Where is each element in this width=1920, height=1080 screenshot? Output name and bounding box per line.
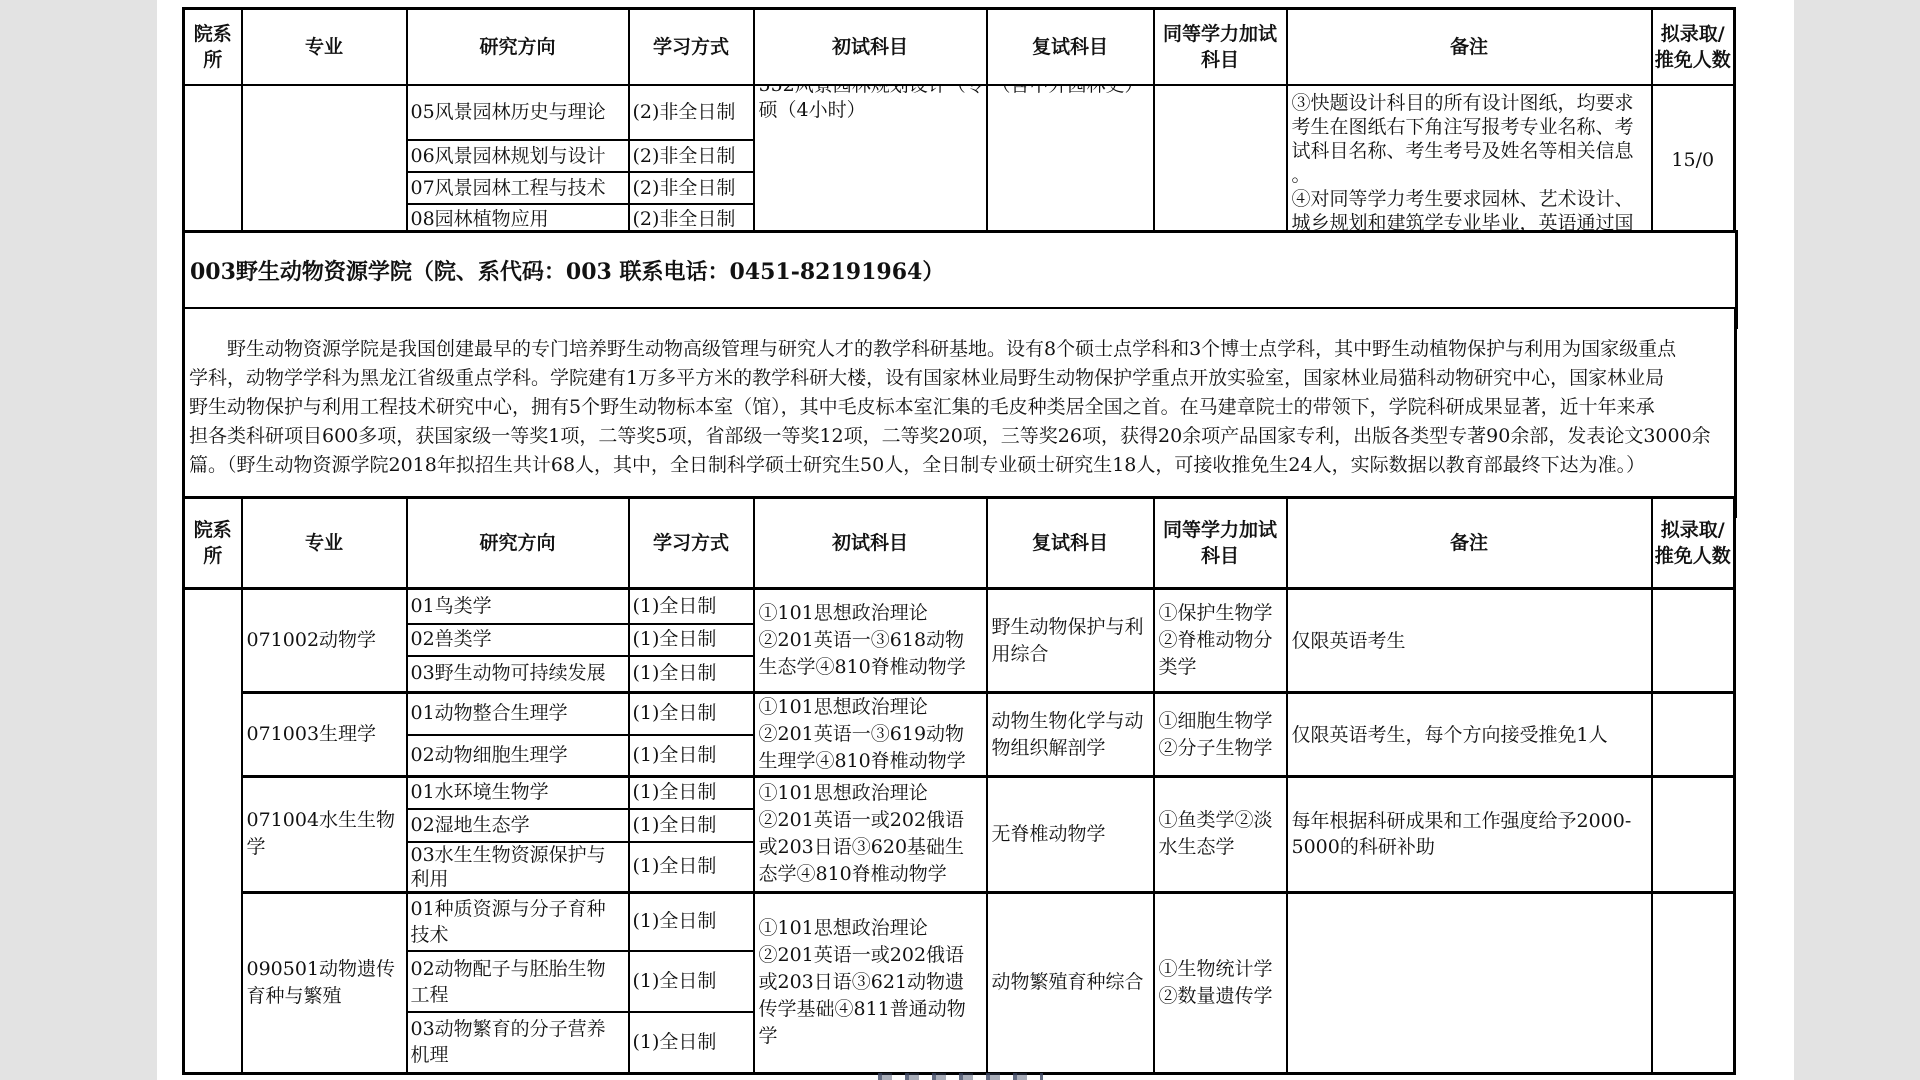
study-mode: (2)非全日制 [629, 172, 754, 204]
retest-subjects: 无脊椎动物学 [987, 777, 1154, 893]
clipped-text-line: （含中外园林史） [992, 85, 1149, 98]
research-direction: 07风景园林工程与技术 [407, 172, 629, 204]
intro-line: 野生动物资源学院是我国创建最早的专门培养野生动物高级管理与研究人才的教学科研基地… [189, 335, 1729, 364]
department-cell-empty [184, 85, 242, 237]
equivalency-subjects: ①生物统计学②数量遗传学 [1154, 892, 1287, 1073]
remark-line: ③快题设计科目的所有设计图纸，均要求 [1292, 91, 1647, 115]
research-direction: 02动物细胞生理学 [407, 735, 629, 777]
col-header-research-direction: 研究方向 [407, 9, 629, 85]
quota-cell-empty [1652, 589, 1735, 693]
research-direction: 05风景园林历史与理论 [407, 85, 629, 141]
major-name: 071004水生生物学 [242, 777, 407, 893]
quota-cell-empty [1652, 892, 1735, 1073]
research-direction: 03野生动物可持续发展 [407, 656, 629, 693]
research-direction: 01水环境生物学 [407, 777, 629, 809]
clipped-text-line: 硕（4小时） [759, 98, 982, 123]
col-header-equivalency-exam: 同等学力加试科目 [1154, 498, 1287, 589]
retest-clipped: （含中外园林史） [987, 85, 1154, 237]
quota-cell: 15/0 [1652, 85, 1735, 237]
study-mode: (1)全日制 [629, 589, 754, 624]
major-name: 090501动物遗传育种与繁殖 [242, 892, 407, 1073]
major-name: 071003生理学 [242, 693, 407, 777]
col-header-quota: 拟录取/推免人数 [1652, 498, 1735, 589]
admissions-table-landscape-architecture: 院系所 专业 研究方向 学习方式 初试科目 复试科目 同等学力加试科目 备注 拟… [182, 7, 1736, 238]
table-row: 090501动物遗传育种与繁殖 01种质资源与分子育种技术 (1)全日制 ①10… [184, 892, 1735, 951]
col-header-initial-exam: 初试科目 [754, 9, 987, 85]
study-mode: (1)全日制 [629, 777, 754, 809]
col-header-remarks: 备注 [1287, 498, 1652, 589]
department-cell-empty [184, 589, 242, 1074]
research-direction: 03水生生物资源保护与利用 [407, 842, 629, 893]
equivalency-subjects: ①鱼类学②淡水生态学 [1154, 777, 1287, 893]
study-mode: (2)非全日制 [629, 140, 754, 172]
document-page: 院系所 专业 研究方向 学习方式 初试科目 复试科目 同等学力加试科目 备注 拟… [157, 0, 1794, 1080]
clipped-footer-text [878, 1073, 1043, 1080]
retest-subjects: 野生动物保护与利用综合 [987, 589, 1154, 693]
clipped-text-line: 552风景园林规划设计（专 [759, 85, 982, 98]
remarks-cell: 仅限英语考生 [1287, 589, 1652, 693]
col-header-major: 专业 [242, 498, 407, 589]
table-row: 071003生理学 01动物整合生理学 (1)全日制 ①101思想政治理论②20… [184, 693, 1735, 735]
remark-line: 考生在图纸右下角注写报考专业名称、考 [1292, 115, 1647, 139]
intro-line: 野生动物保护与利用工程技术研究中心，拥有5个野生动物标本室（馆），其中毛皮标本室… [189, 393, 1729, 422]
remarks-cell-empty [1287, 892, 1652, 1073]
equivalency-subjects: ①保护生物学②脊椎动物分类学 [1154, 589, 1287, 693]
study-mode: (1)全日制 [629, 842, 754, 893]
research-direction: 02动物配子与胚胎生物工程 [407, 951, 629, 1012]
intro-line: 学科，动物学学科为黑龙江省级重点学科。学院建有1万多平方米的教学科研大楼，设有国… [189, 364, 1729, 393]
major-name: 071002动物学 [242, 589, 407, 693]
col-header-study-mode: 学习方式 [629, 498, 754, 589]
equivalency-cell-empty [1154, 85, 1287, 237]
study-mode: (2)非全日制 [629, 85, 754, 141]
initial-exam-subjects: ①101思想政治理论②201英语一或202俄语或203日语③620基础生态学④8… [754, 777, 987, 893]
study-mode: (1)全日制 [629, 693, 754, 735]
table2-header-row: 院系所 专业 研究方向 学习方式 初试科目 复试科目 同等学力加试科目 备注 拟… [184, 498, 1735, 589]
intro-line: 篇。（野生动物资源学院2018年拟招生共计68人，其中，全日制科学硕士研究生50… [189, 451, 1729, 480]
intro-line: 担各类科研项目600多项，获国家级一等奖1项，二等奖5项，省部级一等奖12项，二… [189, 422, 1729, 451]
remark-line: 。 [1292, 163, 1647, 187]
research-direction: 03动物繁育的分子营养机理 [407, 1012, 629, 1073]
col-header-department: 院系所 [184, 498, 242, 589]
remark-line: 试科目名称、考生考号及姓名等相关信息 [1292, 139, 1647, 163]
initial-exam-subjects: ①101思想政治理论②201英语一③618动物生态学④810脊椎动物学 [754, 589, 987, 693]
retest-subjects: 动物繁殖育种综合 [987, 892, 1154, 1073]
research-direction: 01动物整合生理学 [407, 693, 629, 735]
research-direction: 01种质资源与分子育种技术 [407, 892, 629, 951]
remarks-cell: ③快题设计科目的所有设计图纸，均要求 考生在图纸右下角注写报考专业名称、考 试科… [1287, 85, 1652, 237]
research-direction: 01鸟类学 [407, 589, 629, 624]
quota-cell-empty [1652, 777, 1735, 893]
research-direction: 02兽类学 [407, 624, 629, 656]
remarks-cell: 仅限英语考生，每个方向接受推免1人 [1287, 693, 1652, 777]
col-header-initial-exam: 初试科目 [754, 498, 987, 589]
col-header-department: 院系所 [184, 9, 242, 85]
col-header-research-direction: 研究方向 [407, 498, 629, 589]
col-header-equivalency-exam: 同等学力加试科目 [1154, 9, 1287, 85]
research-direction: 02湿地生态学 [407, 809, 629, 842]
equivalency-subjects: ①细胞生物学②分子生物学 [1154, 693, 1287, 777]
initial-exam-subjects: ①101思想政治理论②201英语一或202俄语或203日语③621动物遗传学基础… [754, 892, 987, 1073]
retest-subjects: 动物生物化学与动物组织解剖学 [987, 693, 1154, 777]
initial-exam-clipped: 552风景园林规划设计（专 硕（4小时） [754, 85, 987, 237]
col-header-quota: 拟录取/推免人数 [1652, 9, 1735, 85]
initial-exam-subjects: ①101思想政治理论②201英语一③619动物生理学④810脊椎动物学 [754, 693, 987, 777]
research-direction: 06风景园林规划与设计 [407, 140, 629, 172]
quota-cell-empty [1652, 693, 1735, 777]
study-mode: (1)全日制 [629, 892, 754, 951]
admissions-table-wildlife-college: 院系所 专业 研究方向 学习方式 初试科目 复试科目 同等学力加试科目 备注 拟… [182, 496, 1736, 1075]
remarks-cell: 每年根据科研成果和工作强度给予2000-5000的科研补助 [1287, 777, 1652, 893]
table-row: 071002动物学 01鸟类学 (1)全日制 ①101思想政治理论②201英语一… [184, 589, 1735, 624]
table1-header-row: 院系所 专业 研究方向 学习方式 初试科目 复试科目 同等学力加试科目 备注 拟… [184, 9, 1735, 85]
remark-line: ④对同等学力考生要求园林、艺术设计、 [1292, 187, 1647, 211]
col-header-retest: 复试科目 [987, 9, 1154, 85]
college-introduction-paragraph: 野生动物资源学院是我国创建最早的专门培养野生动物高级管理与研究人才的教学科研基地… [182, 307, 1737, 518]
table-row: 05风景园林历史与理论 (2)非全日制 552风景园林规划设计（专 硕（4小时）… [184, 85, 1735, 141]
study-mode: (1)全日制 [629, 735, 754, 777]
study-mode: (1)全日制 [629, 1012, 754, 1073]
table-row: 071004水生生物学 01水环境生物学 (1)全日制 ①101思想政治理论②2… [184, 777, 1735, 809]
major-cell-empty [242, 85, 407, 237]
study-mode: (1)全日制 [629, 809, 754, 842]
col-header-study-mode: 学习方式 [629, 9, 754, 85]
study-mode: (1)全日制 [629, 624, 754, 656]
study-mode: (1)全日制 [629, 951, 754, 1012]
col-header-retest: 复试科目 [987, 498, 1154, 589]
col-header-major: 专业 [242, 9, 407, 85]
study-mode: (1)全日制 [629, 656, 754, 693]
col-header-remarks: 备注 [1287, 9, 1652, 85]
